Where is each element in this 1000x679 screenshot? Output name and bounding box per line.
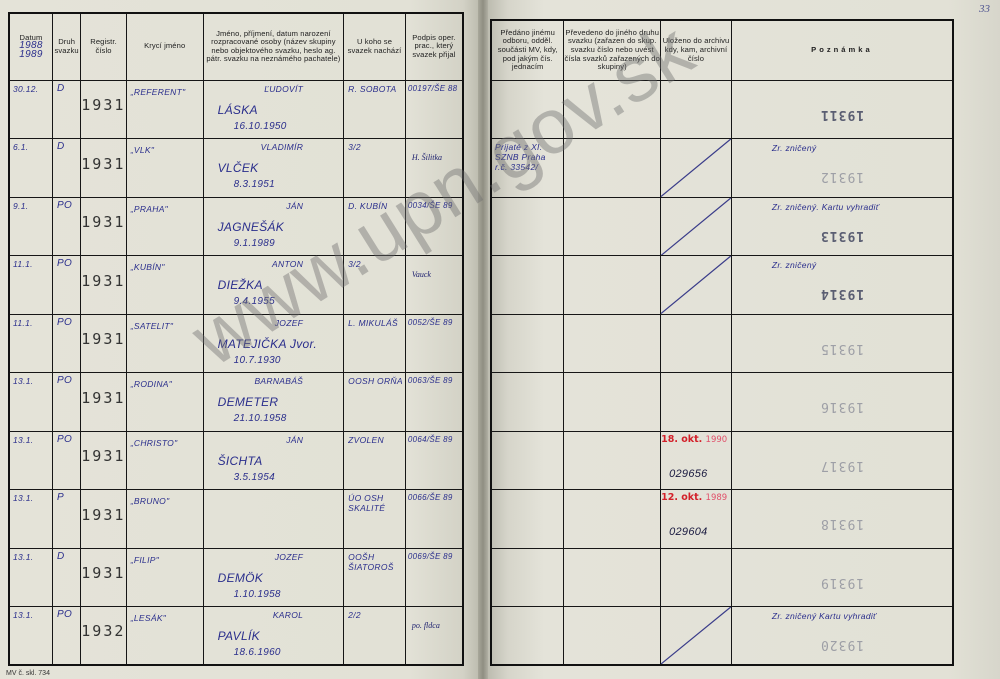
cell-poznamka: 19311	[731, 80, 953, 139]
firstname-value: BARNABÁŠ	[254, 376, 303, 386]
cell-jmeno: JÁN JAGNEŠÁK 9.1.1989	[203, 197, 344, 256]
cell-druh: D	[52, 80, 80, 139]
header-ukoho: U koho se svazek nachází	[344, 13, 406, 80]
table-row-3: Zr. zničený. Kartu vyhradiť 19313	[491, 197, 953, 256]
cell-ulozeno	[661, 607, 732, 666]
cell-predano	[491, 314, 564, 373]
archive-date-stamp: 12. okt. 1989	[661, 492, 727, 503]
surname-value: DEMETER	[218, 395, 279, 409]
kryci-jmeno-value: „VLK"	[131, 145, 154, 155]
header-registr: Registr. číslo	[81, 13, 127, 80]
cell-prevedeno	[564, 314, 661, 373]
cell-registr: 19312	[81, 139, 127, 198]
cell-predano: Prijaté z XI. SZNB Praha r.č. 33542/	[491, 139, 564, 198]
surname-value: DEMÖK	[218, 571, 264, 585]
cell-predano	[491, 373, 564, 432]
surname-value: ŠICHTA	[218, 454, 263, 468]
firstname-value: VLADIMÍR	[261, 142, 304, 152]
cell-poznamka: 19315	[731, 314, 953, 373]
cell-datum: 11.1.	[9, 314, 52, 373]
archive-stamp-year: 1990	[706, 435, 728, 445]
birthdate-value: 16.10.1950	[234, 121, 287, 132]
firstname-value: JÁN	[286, 435, 303, 445]
cell-ulozeno	[661, 256, 732, 315]
poznamka-stamp: 19318	[732, 516, 952, 531]
registr-number: 19313	[81, 213, 124, 231]
cell-datum: 11.1.	[9, 256, 52, 315]
birthdate-value: 1.10.1958	[234, 589, 281, 600]
birthdate-value: 8.3.1951	[234, 179, 275, 190]
druh-value: PO	[57, 200, 72, 211]
cell-prevedeno	[564, 548, 661, 607]
ukoho-value: L. MIKULÁŠ	[348, 318, 403, 328]
firstname-value: ĽUDOVÍT	[264, 84, 303, 94]
table-row-6: 13.1. PO 19316 „RODINA" BARNABÁŠ DEMETER…	[9, 373, 463, 432]
surname-value: VLČEK	[218, 161, 259, 175]
form-code: MV č. skl. 734	[6, 670, 50, 677]
poznamka-note: Zr. zničený	[772, 260, 817, 270]
druh-value: PO	[57, 609, 72, 620]
kryci-jmeno-value: „RODINA"	[131, 379, 172, 389]
datum-value: 6.1.	[13, 142, 28, 152]
cell-jmeno: BARNABÁŠ DEMETER 21.10.1958	[203, 373, 344, 432]
cell-datum: 9.1.	[9, 197, 52, 256]
registr-number: 19318	[81, 506, 124, 524]
archive-stamp-year: 1989	[706, 493, 728, 503]
cell-podpis: 0052/ŠE 89	[405, 314, 463, 373]
cell-ulozeno	[661, 197, 732, 256]
poznamka-stamp: 19316	[732, 399, 952, 414]
cell-predano	[491, 80, 564, 139]
cell-registr: 19317	[81, 431, 127, 490]
cell-kryci: „VLK"	[126, 139, 203, 198]
podpis-value: 0066/ŠE 89	[408, 493, 453, 502]
poznamka-note: Zr. zničený. Kartu vyhradiť	[772, 202, 879, 212]
year-1989: 1989	[10, 51, 52, 60]
poznamka-note: Zr. zničený	[772, 143, 817, 153]
podpis-value: 0069/ŠE 89	[408, 552, 453, 561]
registr-number: 19320	[81, 622, 124, 640]
cell-podpis: 00197/ŠE 88	[405, 80, 463, 139]
cell-druh: D	[52, 139, 80, 198]
diagonal-strike	[661, 198, 731, 256]
cell-ukoho: 3/2	[344, 139, 406, 198]
archive-number: 029656	[669, 468, 708, 480]
table-row-4: Zr. zničený 19314	[491, 256, 953, 315]
cell-podpis: H. Šilitka	[405, 139, 463, 198]
registr-number: 19319	[81, 564, 124, 582]
poznamka-stamp: 19311	[732, 107, 952, 122]
cell-registr: 19320	[81, 607, 127, 666]
datum-value: 11.1.	[13, 259, 33, 269]
poznamka-stamp: 19317	[732, 458, 952, 473]
birthdate-value: 10.7.1930	[234, 355, 281, 366]
right-page: 33 Předáno jinému odboru, odděl. součást…	[482, 0, 1000, 679]
cell-poznamka: 19317	[731, 431, 953, 490]
cell-ulozeno	[661, 548, 732, 607]
kryci-jmeno-value: „FILIP"	[131, 555, 159, 565]
cell-ulozeno	[661, 80, 732, 139]
kryci-jmeno-value: „CHRISTO"	[131, 438, 178, 448]
datum-value: 13.1.	[13, 435, 33, 445]
cell-poznamka: 19318	[731, 490, 953, 549]
firstname-value: KAROL	[273, 610, 303, 620]
cell-datum: 13.1.	[9, 607, 52, 666]
datum-value: 9.1.	[13, 201, 28, 211]
cell-druh: PO	[52, 256, 80, 315]
cell-kryci: „KUBÍN"	[126, 256, 203, 315]
cell-poznamka: Zr. zničený. Kartu vyhradiť 19313	[731, 197, 953, 256]
table-row-3: 9.1. PO 19313 „PRAHA" JÁN JAGNEŠÁK 9.1.1…	[9, 197, 463, 256]
birthdate-value: 21.10.1958	[234, 413, 287, 424]
registr-number: 19317	[81, 447, 124, 465]
cell-ukoho: D. KUBÍN	[344, 197, 406, 256]
datum-value: 30.12.	[13, 84, 38, 94]
druh-value: PO	[57, 434, 72, 445]
cell-ukoho: ZVOLEN	[344, 431, 406, 490]
ukoho-value: 3/2	[348, 259, 403, 269]
predano-value: Prijaté z XI. SZNB Praha r.č. 33542/	[495, 142, 557, 172]
ukoho-value: ZVOLEN	[348, 435, 403, 445]
cell-registr: 19316	[81, 373, 127, 432]
registr-number: 19315	[81, 330, 124, 348]
cell-datum: 6.1.	[9, 139, 52, 198]
cell-druh: PO	[52, 314, 80, 373]
firstname-value: JOZEF	[275, 318, 303, 328]
archive-stamp-day: 12. okt.	[661, 492, 702, 503]
ukoho-value: R. SOBOTA	[348, 84, 403, 94]
cell-ukoho: ÚO OSH SKALITÉ	[344, 490, 406, 549]
podpis-value: 0064/ŠE 89	[408, 435, 453, 444]
header-jmeno: Jméno, příjmení, datum narození rozpraco…	[203, 13, 344, 80]
birthdate-value: 3.5.1954	[234, 472, 275, 483]
cell-datum: 13.1.	[9, 490, 52, 549]
ukoho-value: D. KUBÍN	[348, 201, 403, 211]
cell-podpis: 0063/ŠE 89	[405, 373, 463, 432]
cell-ukoho: OOSH ORŇA	[344, 373, 406, 432]
handwritten-signature: Vauck	[412, 270, 431, 279]
cell-registr: 19314	[81, 256, 127, 315]
table-row-9: 13.1. D 19319 „FILIP" JOZEF DEMÖK 1.10.1…	[9, 548, 463, 607]
podpis-value: 00197/ŠE 88	[408, 84, 458, 93]
table-row-9: 19319	[491, 548, 953, 607]
registr-number: 19312	[81, 155, 124, 173]
cell-ulozeno: 18. okt. 1990 029656	[661, 431, 732, 490]
cell-prevedeno	[564, 607, 661, 666]
kryci-jmeno-value: „SATELIT"	[131, 321, 173, 331]
kryci-jmeno-value: „BRUNO"	[131, 496, 170, 506]
cell-registr: 19313	[81, 197, 127, 256]
archive-number: 029604	[669, 526, 708, 538]
diagonal-strike	[661, 256, 731, 314]
cell-prevedeno	[564, 373, 661, 432]
surname-value: PAVLÍK	[218, 629, 260, 643]
poznamka-note: Zr. zničený Kartu vyhradiť	[772, 611, 877, 621]
cell-ukoho: 2/2	[344, 607, 406, 666]
cell-kryci: „PRAHA"	[126, 197, 203, 256]
cell-jmeno: JOZEF MATEJIČKA Jvor. 10.7.1930	[203, 314, 344, 373]
kryci-jmeno-value: „LESÁK"	[131, 613, 166, 623]
datum-value: 11.1.	[13, 318, 33, 328]
ukoho-value: 3/2	[348, 142, 403, 152]
cell-predano	[491, 197, 564, 256]
firstname-value: ANTON	[272, 259, 303, 269]
birthdate-value: 18.6.1960	[234, 647, 281, 658]
cell-ukoho: 3/2	[344, 256, 406, 315]
druh-value: P	[57, 492, 64, 503]
cell-podpis: 0066/ŠE 89	[405, 490, 463, 549]
surname-value: LÁSKA	[218, 103, 258, 117]
diagonal-strike	[661, 607, 731, 664]
handwritten-signature: po. fldca	[412, 621, 440, 630]
datum-value: 13.1.	[13, 493, 33, 503]
header-row-right: Předáno jinému odboru, odděl. součásti M…	[491, 20, 953, 80]
cell-podpis: po. fldca	[405, 607, 463, 666]
cell-prevedeno	[564, 80, 661, 139]
cell-prevedeno	[564, 490, 661, 549]
podpis-value: 0052/ŠE 89	[408, 318, 453, 327]
cell-registr: 19318	[81, 490, 127, 549]
table-row-5: 19315	[491, 314, 953, 373]
ukoho-value: OOŠH ŠIATOROŠ	[348, 552, 403, 572]
table-row-5: 11.1. PO 19315 „SATELIT" JOZEF MATEJIČKA…	[9, 314, 463, 373]
cell-podpis: 0034/ŠE 89	[405, 197, 463, 256]
kryci-jmeno-value: „REFERENT"	[131, 87, 186, 97]
book-gutter	[478, 0, 488, 679]
archive-date-stamp: 18. okt. 1990	[661, 434, 727, 445]
registr-number: 19314	[81, 272, 124, 290]
firstname-value: JÁN	[286, 201, 303, 211]
table-row-7: 13.1. PO 19317 „CHRISTO" JÁN ŠICHTA 3.5.…	[9, 431, 463, 490]
druh-value: D	[57, 141, 65, 152]
cell-ukoho: R. SOBOTA	[344, 80, 406, 139]
cell-jmeno	[203, 490, 344, 549]
podpis-value: 0034/ŠE 89	[408, 201, 453, 210]
birthdate-value: 9.4.1955	[234, 296, 275, 307]
cell-druh: PO	[52, 197, 80, 256]
cell-predano	[491, 431, 564, 490]
cell-prevedeno	[564, 431, 661, 490]
cell-druh: PO	[52, 607, 80, 666]
table-row-8: 13.1. P 19318 „BRUNO" ÚO OSH SKALITÉ 006…	[9, 490, 463, 549]
table-row-7: 18. okt. 1990 029656 19317	[491, 431, 953, 490]
cell-prevedeno	[564, 256, 661, 315]
cell-ulozeno	[661, 314, 732, 373]
cell-poznamka: Zr. zničený 19314	[731, 256, 953, 315]
registr-number: 19311	[81, 96, 124, 114]
cell-registr: 19315	[81, 314, 127, 373]
cell-jmeno: ANTON DIEŽKA 9.4.1955	[203, 256, 344, 315]
header-prevedeno: Převedeno do jiného druhu svazku (zařaze…	[564, 20, 661, 80]
table-row-1: 19311	[491, 80, 953, 139]
cell-ukoho: OOŠH ŠIATOROŠ	[344, 548, 406, 607]
cell-ulozeno: 12. okt. 1989 029604	[661, 490, 732, 549]
poznamka-stamp: 19314	[732, 286, 952, 301]
cell-kryci: „LESÁK"	[126, 607, 203, 666]
datum-value: 13.1.	[13, 376, 33, 386]
table-row-8: 12. okt. 1989 029604 19318	[491, 490, 953, 549]
cell-druh: PO	[52, 373, 80, 432]
cell-datum: 13.1.	[9, 431, 52, 490]
surname-value: JAGNEŠÁK	[218, 220, 284, 234]
table-row-6: 19316	[491, 373, 953, 432]
cell-jmeno: VLADIMÍR VLČEK 8.3.1951	[203, 139, 344, 198]
poznamka-stamp: 19320	[732, 637, 952, 652]
cell-druh: D	[52, 548, 80, 607]
ukoho-value: OOSH ORŇA	[348, 376, 403, 386]
poznamka-stamp: 19312	[732, 169, 952, 184]
druh-value: PO	[57, 258, 72, 269]
cell-poznamka: Zr. zničený Kartu vyhradiť 19320	[731, 607, 953, 666]
cell-datum: 30.12.	[9, 80, 52, 139]
cell-kryci: „SATELIT"	[126, 314, 203, 373]
cell-podpis: 0069/ŠE 89	[405, 548, 463, 607]
table-row-2: 6.1. D 19312 „VLK" VLADIMÍR VLČEK 8.3.19…	[9, 139, 463, 198]
cell-datum: 13.1.	[9, 373, 52, 432]
cell-predano	[491, 490, 564, 549]
cell-poznamka: 19319	[731, 548, 953, 607]
cell-predano	[491, 548, 564, 607]
header-datum: Datum 1988 1989	[9, 13, 52, 80]
surname-value: DIEŽKA	[218, 278, 263, 292]
cell-podpis: Vauck	[405, 256, 463, 315]
register-table-right: Předáno jinému odboru, odděl. součásti M…	[490, 19, 954, 666]
cell-registr: 19319	[81, 548, 127, 607]
podpis-value: 0063/ŠE 89	[408, 376, 453, 385]
druh-value: PO	[57, 375, 72, 386]
table-row-2: Prijaté z XI. SZNB Praha r.č. 33542/ Zr.…	[491, 139, 953, 198]
header-poznamka-label: Poznámka	[811, 45, 873, 54]
poznamka-stamp: 19319	[732, 575, 952, 590]
cell-datum: 13.1.	[9, 548, 52, 607]
cell-kryci: „REFERENT"	[126, 80, 203, 139]
ukoho-value: ÚO OSH SKALITÉ	[348, 493, 403, 513]
cell-poznamka: 19316	[731, 373, 953, 432]
table-row-1: 30.12. D 19311 „REFERENT" ĽUDOVÍT LÁSKA …	[9, 80, 463, 139]
druh-value: PO	[57, 317, 72, 328]
handwritten-signature: H. Šilitka	[412, 153, 442, 162]
cell-prevedeno	[564, 139, 661, 198]
datum-value: 13.1.	[13, 610, 33, 620]
cell-kryci: „FILIP"	[126, 548, 203, 607]
kryci-jmeno-value: „KUBÍN"	[131, 262, 165, 272]
surname-value: MATEJIČKA Jvor.	[218, 337, 317, 351]
cell-jmeno: ĽUDOVÍT LÁSKA 16.10.1950	[203, 80, 344, 139]
cell-podpis: 0064/ŠE 89	[405, 431, 463, 490]
registr-number: 19316	[81, 389, 124, 407]
druh-value: D	[57, 551, 65, 562]
cell-kryci: „BRUNO"	[126, 490, 203, 549]
cell-jmeno: KAROL PAVLÍK 18.6.1960	[203, 607, 344, 666]
cell-jmeno: JÁN ŠICHTA 3.5.1954	[203, 431, 344, 490]
table-row-10: 13.1. PO 19320 „LESÁK" KAROL PAVLÍK 18.6…	[9, 607, 463, 666]
header-row: Datum 1988 1989 Druh svazku Registr. čís…	[9, 13, 463, 80]
header-druh: Druh svazku	[52, 13, 80, 80]
table-row-4: 11.1. PO 19314 „KUBÍN" ANTON DIEŽKA 9.4.…	[9, 256, 463, 315]
cell-predano	[491, 607, 564, 666]
poznamka-stamp: 19315	[732, 341, 952, 356]
cell-druh: P	[52, 490, 80, 549]
cell-ukoho: L. MIKULÁŠ	[344, 314, 406, 373]
cell-registr: 19311	[81, 80, 127, 139]
druh-value: D	[57, 83, 65, 94]
ukoho-value: 2/2	[348, 610, 403, 620]
cell-kryci: „CHRISTO"	[126, 431, 203, 490]
table-row-10: Zr. zničený Kartu vyhradiť 19320	[491, 607, 953, 666]
header-podpis: Podpis oper. prac., který svazek přijal	[405, 13, 463, 80]
kryci-jmeno-value: „PRAHA"	[131, 204, 168, 214]
header-ulozeno: Uloženo do archivu kdy, kam, archivní čí…	[661, 20, 732, 80]
archive-stamp-day: 18. okt.	[661, 434, 702, 445]
page-number: 33	[979, 3, 990, 15]
header-poznamka: Poznámka	[731, 20, 953, 80]
birthdate-value: 9.1.1989	[234, 238, 275, 249]
left-page: Datum 1988 1989 Druh svazku Registr. čís…	[0, 0, 482, 679]
firstname-value: JOZEF	[275, 552, 303, 562]
cell-kryci: „RODINA"	[126, 373, 203, 432]
diagonal-strike	[661, 139, 731, 197]
cell-ulozeno	[661, 373, 732, 432]
datum-value: 13.1.	[13, 552, 33, 562]
header-predano: Předáno jinému odboru, odděl. součásti M…	[491, 20, 564, 80]
cell-prevedeno	[564, 197, 661, 256]
cell-poznamka: Zr. zničený 19312	[731, 139, 953, 198]
cell-ulozeno	[661, 139, 732, 198]
cell-predano	[491, 256, 564, 315]
header-kryci: Krycí jméno	[126, 13, 203, 80]
cell-jmeno: JOZEF DEMÖK 1.10.1958	[203, 548, 344, 607]
register-table-left: Datum 1988 1989 Druh svazku Registr. čís…	[8, 12, 464, 666]
cell-druh: PO	[52, 431, 80, 490]
poznamka-stamp: 19313	[732, 228, 952, 243]
